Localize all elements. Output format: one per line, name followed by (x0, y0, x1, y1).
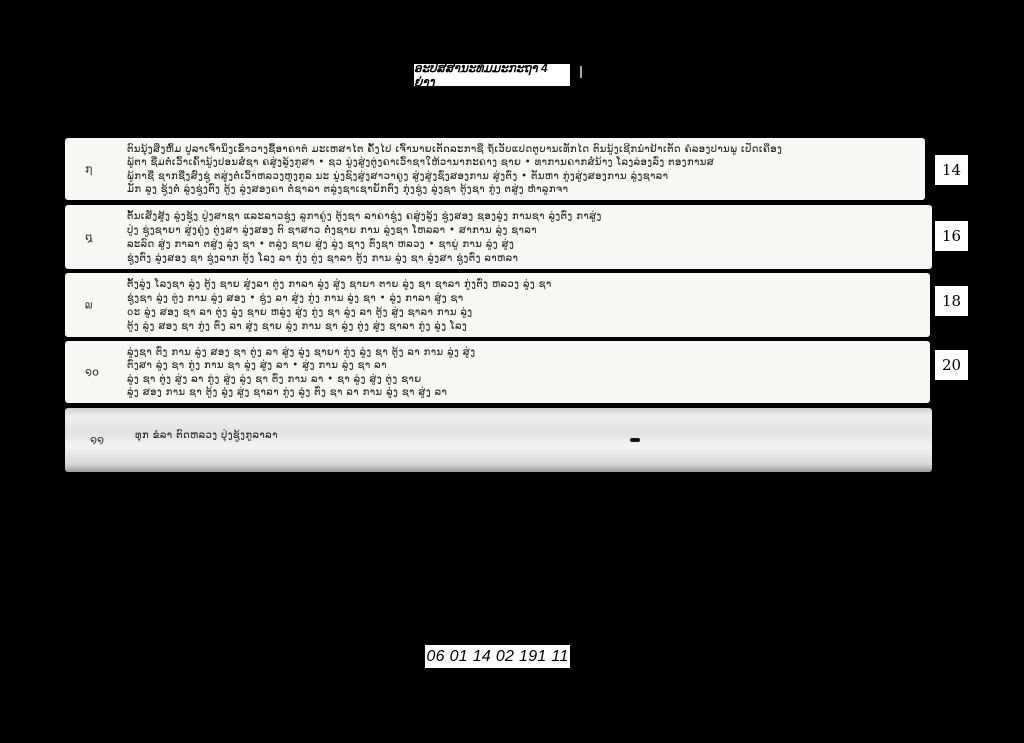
leaf-number: ໑໐ (85, 366, 99, 379)
palm-leaf-2: ໘ ຕັ້ນເສັງສູ້ງ ລູ່ງຊູ້ງ ປູ່ງສາຊາ ແລະລາວຊ… (65, 205, 932, 269)
leaf-number: ໙ (85, 299, 92, 312)
palm-leaf-3: ໙ ຕັ້ງລູ່ງ ໂລງຊາ ລູ່ງ ຕູ້ງ ຊາຍ ສູ່ງລາ ຕູ… (65, 273, 930, 337)
text-line: ລູ່ງ ສອງ ການ ຊາ ຕູ້ງ ລູ່ງ ສູ່ງ ຊາລາ ກູ່ງ… (127, 386, 920, 399)
marker-tick (580, 66, 582, 78)
text-line: ຊູ່ງຊາ ລູ່ງ ຕູ່ງ ການ ລູ່ງ ສອງ • ຊູ່ງ ລາ … (127, 292, 920, 305)
leaf-text: ຕັ້ງລູ່ງ ໂລງຊາ ລູ່ງ ຕູ້ງ ຊາຍ ສູ່ງລາ ຕູ່ງ… (127, 278, 920, 333)
leaf-number: ໑໑ (90, 434, 104, 447)
text-line: ລູ່ງຊາ ຕົ່ງ ການ ລູ່ງ ສອງ ຊາ ຕູ່ງ ລາ ສູ່ງ… (127, 346, 920, 359)
page-number-label: 16 (935, 221, 968, 251)
leaf-number: ໗ (85, 163, 92, 176)
text-line: ຕັ້ງລູ່ງ ໂລງຊາ ລູ່ງ ຕູ້ງ ຊາຍ ສູ່ງລາ ຕູ່ງ… (127, 278, 920, 291)
palm-leaf-1: ໗ ຕົນນຸ້ງສິ່ງຫົ້ມ ປູລາເຈົ້ານິ່ງເຂົ້າວາງຊ… (65, 138, 925, 200)
text-line: ລະລົດ ສູ່ງ ກາລາ ຕສູ່ງ ລູ່ງ ຊາ • ຕລູ່ງ ຊາ… (127, 238, 922, 251)
leaf-text: ຕົນນຸ້ງສິ່ງຫົ້ມ ປູລາເຈົ້ານິ່ງເຂົ້າວາງຊື້… (127, 143, 915, 196)
text-line: ຕັ້ນເສັງສູ້ງ ລູ່ງຊູ້ງ ປູ່ງສາຊາ ແລະລາວຊູ່… (127, 210, 922, 223)
text-line: ມັກ ລູງ ຊູ້ງຕໍ່ ລູ່ງຊູ່ງຕົ່ງ ຕູ້ງ ລູ່ງສອ… (127, 183, 915, 196)
text-line: ຊູ່ງຕົ່ງ ລູ່ງສອງ ຊາ ຊູ່ງລາກ ຕູ້ງ ໂລງ ລາ … (127, 252, 922, 265)
text-line: ພູ້ຕາ ຊື່ມຕໍ່ເວົ້າເຄົ້ານູ້ງປອນສໍ່ຊາ ຄສູ່… (127, 156, 915, 169)
page-number-label: 18 (935, 286, 968, 316)
page-number-label: 20 (935, 350, 968, 380)
manuscript-title-label: ອະປັສສານະທັມມະກະຖາ 4 ຍ່າງ (414, 64, 570, 86)
palm-leaf-4: ໑໐ ລູ່ງຊາ ຕົ່ງ ການ ລູ່ງ ສອງ ຊາ ຕູ່ງ ລາ ສ… (65, 341, 930, 403)
text-line: ຕົນນຸ້ງສິ່ງຫົ້ມ ປູລາເຈົ້ານິ່ງເຂົ້າວາງຊື້… (127, 143, 915, 156)
catalog-code-label: 06 01 14 02 191 11 (425, 645, 570, 668)
text-line: ປູ່ງ ຊູ່ງຊາຍາ ສູ່ງຄູ່ງ ຕູ່ງສາ ລູ່ງສອງ ຕົ… (127, 224, 922, 237)
text-line: ໐ະ ລູ່ງ ສອງ ຊາ ລາ ຕູ່ງ ລູ່ງ ຊາຍ ຫລູ່ງ ສູ… (127, 306, 920, 319)
palm-leaf-5: ໑໑ ທຸກ ຂໍລາ ຕົດຫລວງ ປຸ່ງຊູ້ງກູລາລາ (65, 408, 932, 472)
text-line: ທຸກ ຂໍລາ ຕົດຫລວງ ປຸ່ງຊູ້ງກູລາລາ (135, 429, 922, 442)
leaf-text: ຕັ້ນເສັງສູ້ງ ລູ່ງຊູ້ງ ປູ່ງສາຊາ ແລະລາວຊູ່… (127, 210, 922, 265)
text-line: ຕູ້ງ ລູ່ງ ສອງ ຊາ ກູ່ງ ຕົ່ງ ລາ ສູ່ງ ຊາຍ ລ… (127, 320, 920, 333)
text-line: ພູ້ກາຊື່ ຊາກຊື່ງສົ່ງຊູ່ ຕສູ່ງຕໍ່ເວົ້າຫລວ… (127, 170, 915, 183)
leaf-text: ທຸກ ຂໍລາ ຕົດຫລວງ ປຸ່ງຊູ້ງກູລາລາ (135, 408, 922, 462)
page-number-label: 14 (935, 155, 968, 185)
binding-hole (630, 438, 640, 442)
leaf-text: ລູ່ງຊາ ຕົ່ງ ການ ລູ່ງ ສອງ ຊາ ຕູ່ງ ລາ ສູ່ງ… (127, 346, 920, 399)
text-line: ຕົ່ງສາ ລູ່ງ ຊາ ກູ່ງ ການ ຊາ ລູ່ງ ສູ່ງ ລາ … (127, 359, 920, 372)
text-line: ລູ່ງ ຊາ ຕູ່ງ ສູ່ງ ລາ ກູ່ງ ສູ່ງ ລູ່ງ ຊາ ຕ… (127, 373, 920, 386)
leaf-number: ໘ (85, 231, 92, 244)
